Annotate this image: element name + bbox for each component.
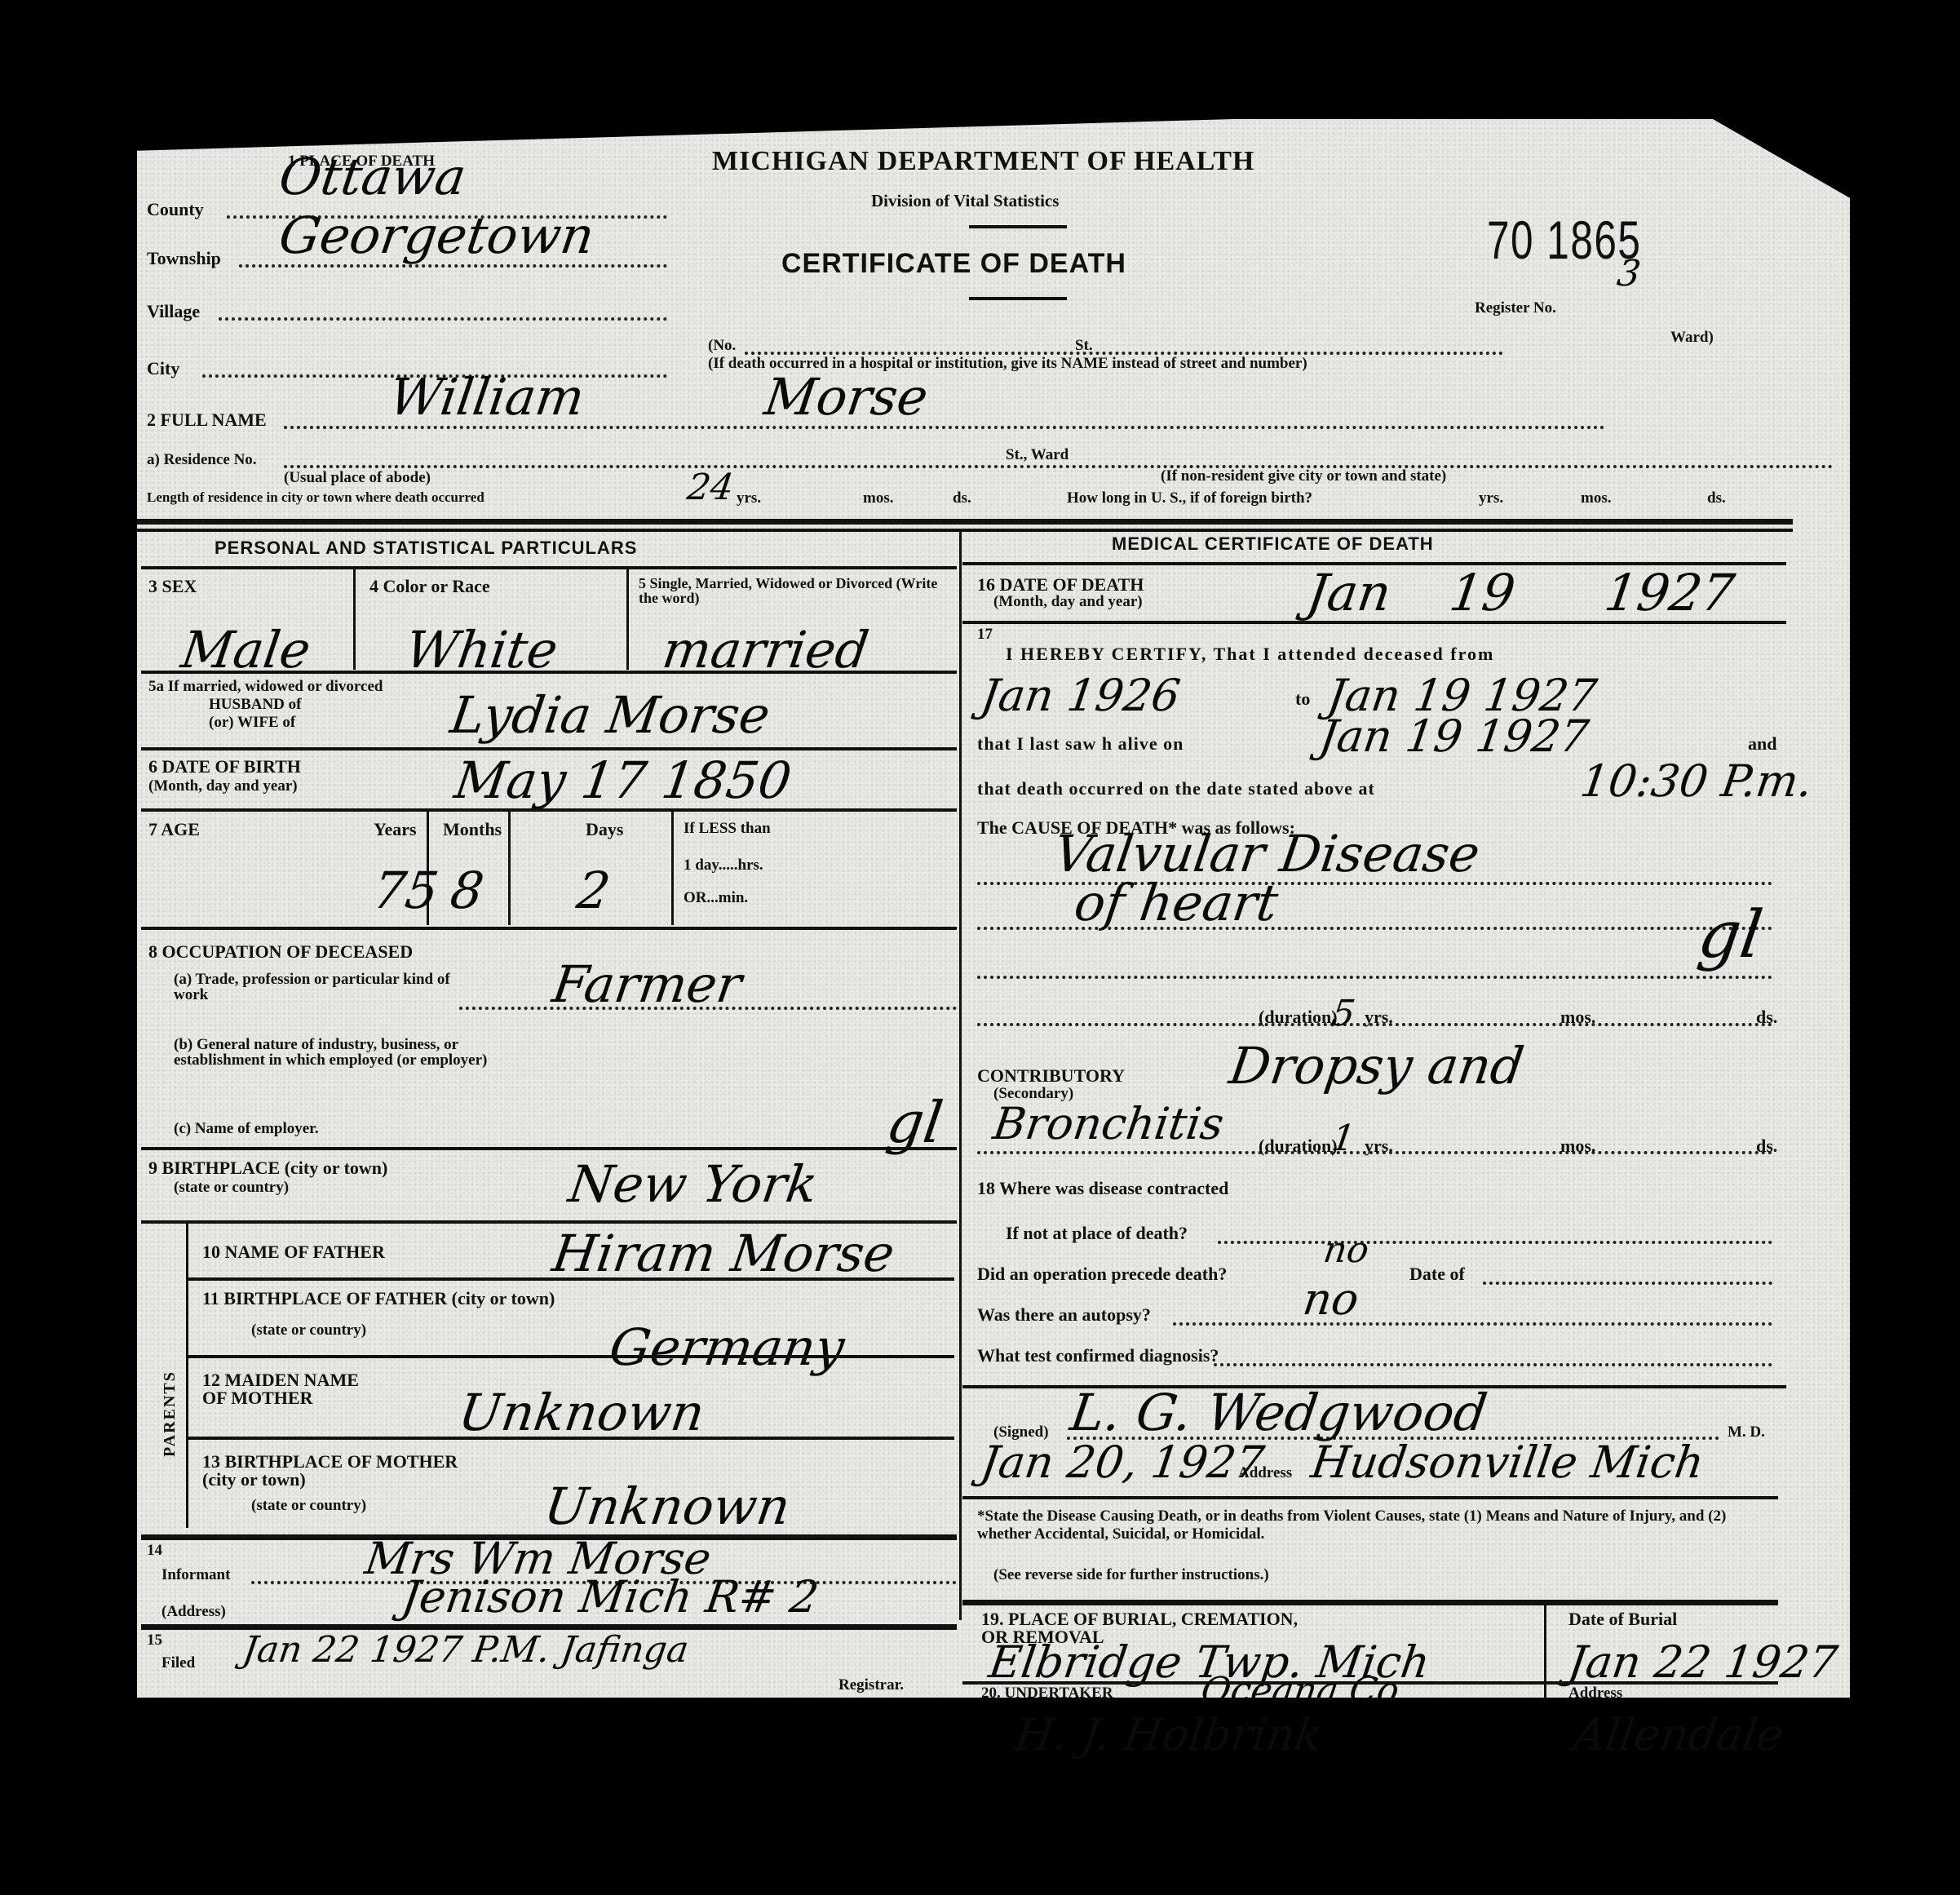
medical-margin-mark: gl xyxy=(1694,902,1766,967)
father-label: 10 NAME OF FATHER xyxy=(202,1243,385,1261)
race-value: White xyxy=(403,625,561,675)
filed-value: Jan 22 1927 P.M. Jafinga xyxy=(241,1632,691,1668)
not-at-place-line xyxy=(1218,1241,1772,1244)
race-label: 4 Color or Race xyxy=(369,578,490,596)
division-title: Division of Vital Statistics xyxy=(871,193,1059,210)
mother-birthplace-value: Unknown xyxy=(542,1481,794,1532)
age-months-value: 8 xyxy=(448,866,487,916)
medical-section-title: MEDICAL CERTIFICATE OF DEATH xyxy=(1112,535,1434,553)
nonresident-note: (If non-resident give city or town and s… xyxy=(1161,468,1446,484)
col-rule xyxy=(353,568,356,670)
col-rule xyxy=(626,568,629,670)
spouse-label-2: HUSBAND of xyxy=(209,697,301,712)
us-ds: ds. xyxy=(1707,490,1726,506)
length-residence-label: Length of residence in city or town wher… xyxy=(147,490,484,504)
full-name-label: 2 FULL NAME xyxy=(147,411,267,429)
informant-address-label: (Address) xyxy=(161,1604,226,1619)
cause-line-3 xyxy=(977,976,1772,979)
marital-value: married xyxy=(660,625,872,675)
section-divider-top xyxy=(137,519,1793,525)
birthplace-label: 9 BIRTHPLACE (city or town) xyxy=(148,1159,387,1177)
death-time-text: that death occurred on the date stated a… xyxy=(977,780,1375,798)
sex-value: Male xyxy=(179,625,314,675)
mother-label: 12 MAIDEN NAME OF MOTHER xyxy=(202,1371,382,1407)
length-ds: ds. xyxy=(953,490,971,506)
undertaker-label: 20. UNDERTAKER xyxy=(981,1685,1113,1701)
col-rule xyxy=(671,811,674,925)
full-name-last: Morse xyxy=(762,372,931,423)
rule xyxy=(141,927,957,930)
autopsy-value: no xyxy=(1300,1277,1361,1322)
rule xyxy=(141,1147,957,1150)
col-rule xyxy=(508,811,511,925)
filed-number: 15 xyxy=(147,1632,162,1648)
column-divider xyxy=(959,531,962,1620)
not-at-place-label: If not at place of death? xyxy=(1006,1224,1188,1242)
village-label: Village xyxy=(147,303,200,321)
margin-check-mark: gl xyxy=(883,1094,946,1151)
residence-line xyxy=(284,465,1834,468)
city-label: City xyxy=(147,360,179,378)
rule xyxy=(188,1437,954,1440)
informant-number: 14 xyxy=(147,1543,162,1558)
mother-value: Unknown xyxy=(456,1388,708,1438)
certify-number: 17 xyxy=(977,627,993,642)
filed-label: Filed xyxy=(161,1655,195,1671)
dod-month: Jan xyxy=(1304,568,1394,618)
length-yrs: yrs. xyxy=(737,490,761,506)
duration-yrs-label: yrs. xyxy=(1365,1008,1393,1026)
sex-label: 3 SEX xyxy=(148,578,197,596)
residence-label: a) Residence No. xyxy=(147,452,257,467)
age-years-value: 75 xyxy=(370,866,442,916)
attended-from: Jan 1926 xyxy=(978,674,1183,718)
county-value: Ottawa xyxy=(277,152,469,202)
death-time-value: 10:30 P.m. xyxy=(1577,759,1815,804)
dod-label: 16 DATE OF DEATH xyxy=(977,576,1144,594)
father-birthplace-label: 11 BIRTHPLACE OF FATHER (city or town) xyxy=(202,1290,555,1308)
section-divider-top-2 xyxy=(137,529,1793,532)
dob-sub: (Month, day and year) xyxy=(148,778,298,794)
contrib-yrs-label: yrs. xyxy=(1365,1137,1393,1155)
physician-signature: L. G. Wedgwood xyxy=(1068,1388,1490,1438)
us-yrs: yrs. xyxy=(1479,490,1503,506)
length-residence-value: 24 xyxy=(685,470,736,506)
occupation-label: 8 OCCUPATION OF DECEASED xyxy=(148,943,413,961)
father-birthplace-sub: (state or country) xyxy=(251,1322,366,1338)
informant-label: Informant xyxy=(161,1567,230,1583)
attended-to-label: to xyxy=(1295,690,1310,708)
operation-date-label: Date of xyxy=(1409,1265,1465,1283)
rule xyxy=(141,566,957,569)
rule xyxy=(141,671,957,674)
certify-text: I HEREBY CERTIFY, That I attended deceas… xyxy=(1006,645,1494,663)
informant-address-value: Jenison Mich R# 2 xyxy=(399,1575,821,1619)
undertaker-address-label: Address xyxy=(1568,1685,1622,1701)
physician-address: Hudsonville Mich xyxy=(1308,1441,1706,1485)
rule xyxy=(188,1355,954,1358)
dod-day: 19 xyxy=(1447,568,1519,618)
title-rule-bottom xyxy=(969,297,1067,300)
duration-yrs-value: 5 xyxy=(1330,996,1357,1032)
mother-birthplace-sub: (state or country) xyxy=(251,1498,366,1513)
rule xyxy=(141,808,957,812)
age-less-label-2: 1 day.....hrs. xyxy=(684,857,763,873)
duration-label: (duration) xyxy=(1259,1008,1338,1026)
dob-value: May 17 1850 xyxy=(452,755,794,806)
autopsy-line xyxy=(1173,1322,1772,1326)
age-years-label: Years xyxy=(374,821,417,839)
register-number: 3 xyxy=(1615,256,1643,292)
ward-label: Ward) xyxy=(1670,330,1714,345)
contributory-value-2: Bronchitis xyxy=(990,1102,1226,1146)
burial-top-rule xyxy=(962,1600,1778,1605)
death-certificate-page: 1 PLACE OF DEATH MICHIGAN DEPARTMENT OF … xyxy=(137,119,1850,1698)
occupation-b-label: (b) General nature of industry, business… xyxy=(174,1037,524,1068)
age-days-label: Days xyxy=(586,821,623,839)
father-value: Hiram Morse xyxy=(550,1229,898,1279)
duration-ds-label: ds. xyxy=(1756,1008,1777,1026)
spouse-value: Lydia Morse xyxy=(448,690,773,741)
physician-address-label: Address xyxy=(1238,1465,1292,1481)
street-label: St. xyxy=(1075,338,1093,353)
rule xyxy=(188,1277,954,1281)
registrar-label: Registrar. xyxy=(838,1677,904,1693)
undertaker-signature: H. J. Holbrink xyxy=(1012,1713,1325,1757)
cause-line-1-value: Valvular Disease xyxy=(1051,829,1483,879)
age-days-value: 2 xyxy=(574,866,613,916)
md-label: M. D. xyxy=(1728,1424,1765,1440)
mother-birthplace-label: 13 BIRTHPLACE OF MOTHER (city or town) xyxy=(202,1453,496,1489)
abode-note: (Usual place of abode) xyxy=(284,470,431,485)
parents-label: PARENTS xyxy=(161,1370,178,1457)
spouse-label-3: (or) WIFE of xyxy=(209,715,295,730)
test-line xyxy=(1214,1363,1772,1366)
age-label: 7 AGE xyxy=(148,821,200,839)
title-rule-top xyxy=(969,225,1067,228)
age-months-label: Months xyxy=(443,821,502,839)
full-name-first: William xyxy=(387,372,587,423)
age-less-label-3: OR...min. xyxy=(684,890,748,905)
birthplace-value: New York xyxy=(566,1159,821,1210)
burial-col-rule xyxy=(1544,1602,1546,1716)
township-label: Township xyxy=(147,250,221,268)
street-no-label: (No. xyxy=(708,338,736,353)
age-less-label-1: If LESS than xyxy=(684,821,771,836)
file-number: 70 1865 xyxy=(1487,209,1641,271)
township-value: Georgetown xyxy=(277,210,598,261)
us-duration-label: How long in U. S., if of foreign birth? xyxy=(1067,490,1312,506)
county-label: County xyxy=(147,201,204,219)
village-line xyxy=(219,317,667,321)
dob-label: 6 DATE OF BIRTH xyxy=(148,758,301,776)
certificate-title: CERTIFICATE OF DEATH xyxy=(781,250,1126,277)
burial-date-label: Date of Burial xyxy=(1568,1610,1677,1628)
rule xyxy=(962,1496,1778,1499)
contrib-ds-label: ds. xyxy=(1756,1137,1777,1155)
contributory-value-1: Dropsy and xyxy=(1227,1041,1527,1091)
undertaker-county: Oceana Co. xyxy=(1199,1673,1412,1709)
duration-mos-label: mos. xyxy=(1560,1008,1595,1026)
occupation-value: Farmer xyxy=(550,959,745,1010)
parents-rule xyxy=(186,1222,188,1528)
footnote-instructions: (See reverse side for further instructio… xyxy=(993,1567,1269,1583)
occupation-a-label: (a) Trade, profession or particular kind… xyxy=(174,972,484,1003)
st-ward-label: St., Ward xyxy=(1006,447,1068,463)
cause-line-2-value: of heart xyxy=(1072,878,1281,928)
operation-value: no xyxy=(1321,1233,1371,1268)
last-saw-and: and xyxy=(1748,735,1776,753)
us-mos: mos. xyxy=(1581,490,1611,506)
contrib-mos-label: mos. xyxy=(1560,1137,1595,1155)
signed-date: Jan 20, 1927 xyxy=(978,1441,1267,1485)
spouse-label-1: 5a If married, widowed or divorced xyxy=(148,679,383,694)
operation-date-line xyxy=(1483,1282,1772,1285)
last-saw-value: Jan 19 1927 xyxy=(1316,715,1591,759)
rule xyxy=(962,621,1786,624)
register-label: Register No. xyxy=(1475,300,1556,316)
marital-label: 5 Single, Married, Widowed or Divorced (… xyxy=(639,576,953,605)
last-saw-text: that I last saw h alive on xyxy=(977,735,1184,753)
undertaker-address: Allendale xyxy=(1571,1713,1786,1757)
burial-date-value: Jan 22 1927 xyxy=(1565,1640,1840,1685)
agency-title: MICHIGAN DEPARTMENT OF HEALTH xyxy=(712,148,1254,175)
father-birthplace-value: Germany xyxy=(607,1322,847,1373)
length-mos: mos. xyxy=(863,490,893,506)
birthplace-sub: (state or country) xyxy=(174,1180,289,1195)
where-contracted-label: 18 Where was disease contracted xyxy=(977,1180,1228,1198)
personal-section-title: PERSONAL AND STATISTICAL PARTICULARS xyxy=(215,539,637,557)
dod-year: 1927 xyxy=(1602,568,1738,618)
test-label: What test confirmed diagnosis? xyxy=(977,1347,1219,1365)
contributory-label: CONTRIBUTORY xyxy=(977,1067,1125,1085)
footnote-cause: *State the Disease Causing Death, or in … xyxy=(977,1508,1728,1543)
operation-label: Did an operation precede death? xyxy=(977,1265,1227,1283)
occupation-c-label: (c) Name of employer. xyxy=(174,1121,319,1136)
contrib-duration-label: (duration) xyxy=(1259,1137,1338,1155)
dod-sub: (Month, day and year) xyxy=(993,594,1143,609)
autopsy-label: Was there an autopsy? xyxy=(977,1306,1151,1324)
